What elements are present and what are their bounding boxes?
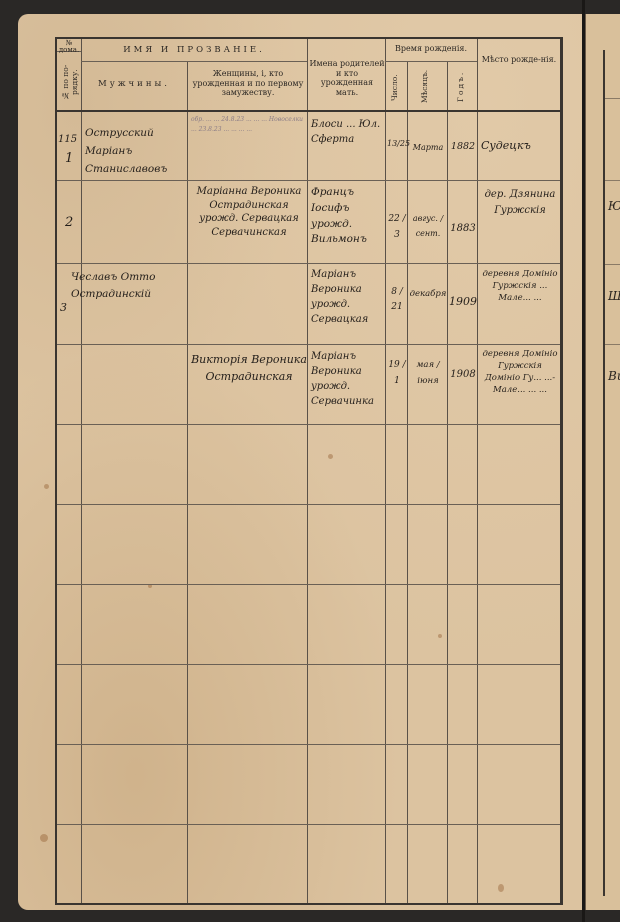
row-divider bbox=[57, 180, 560, 181]
birth-day: 22 / 3 bbox=[387, 211, 407, 243]
birth-year: 1882 bbox=[449, 141, 477, 153]
parents-names: Маріанъ Вероника урожд. Сервачинка bbox=[311, 349, 383, 409]
row-divider bbox=[57, 744, 560, 745]
header-seq-no: № по по-рядку. bbox=[61, 55, 77, 109]
next-page-text: Ю... bbox=[608, 199, 620, 213]
row-divider bbox=[57, 263, 560, 264]
next-page-text: Ш... bbox=[608, 289, 620, 303]
birth-place: деревня Домініо Гуржскія Домініо Гу... .… bbox=[481, 349, 559, 397]
next-page-divider bbox=[605, 344, 620, 345]
header-house-no: № дома. bbox=[57, 40, 81, 54]
col-divider bbox=[385, 39, 386, 903]
men-name: Чеславъ Отто Острадинскій bbox=[71, 269, 183, 303]
col-divider bbox=[477, 39, 478, 903]
header-day: Число. bbox=[390, 69, 402, 107]
next-page-edge: Ю... Ш... Ви... bbox=[584, 14, 620, 910]
next-page-divider bbox=[605, 180, 620, 181]
women-name: Викторія Вероника Острадинская bbox=[191, 351, 307, 385]
book-binding bbox=[582, 0, 585, 922]
birth-place: Судецкъ bbox=[481, 139, 559, 153]
row-divider bbox=[57, 824, 560, 825]
women-name: Маріанна Вероника Острадинская урожд. Се… bbox=[191, 185, 307, 239]
next-page-text: Ви... bbox=[608, 369, 620, 383]
next-page-divider bbox=[605, 264, 620, 265]
foxing-stain bbox=[44, 484, 49, 489]
header-subdivider bbox=[81, 61, 307, 62]
birth-year: 1883 bbox=[449, 223, 477, 236]
sequence-number: 1 bbox=[65, 151, 73, 167]
row-divider bbox=[57, 344, 560, 345]
row-divider bbox=[57, 584, 560, 585]
col-divider bbox=[447, 61, 448, 903]
next-page-divider bbox=[605, 98, 620, 99]
birth-day: 19 / 1 bbox=[387, 357, 407, 389]
header-men: Мужчины. bbox=[81, 79, 187, 89]
header-subdivider bbox=[385, 61, 477, 62]
row-divider bbox=[57, 664, 560, 665]
header-bottom-rule bbox=[57, 110, 560, 112]
sequence-number: 3 bbox=[60, 301, 67, 315]
register-table: № дома. № по по-рядку. ИМЯ И ПРОЗВАНІЕ. … bbox=[55, 37, 563, 905]
birth-year: 1908 bbox=[449, 369, 477, 382]
row-divider bbox=[57, 424, 560, 425]
header-birth-group: Время рожденія. bbox=[385, 44, 477, 54]
men-name: Острусский Маріанъ Станиславовъ bbox=[85, 125, 185, 179]
birth-place: дер. Дзянина Гуржскія bbox=[481, 187, 559, 219]
header-place: Мѣсто рожде-нія. bbox=[479, 55, 559, 65]
foxing-stain bbox=[40, 834, 48, 842]
birth-month: мая / іюня bbox=[409, 357, 447, 389]
header-month: Мѣсяцъ. bbox=[420, 67, 432, 105]
col-divider bbox=[307, 39, 308, 903]
birth-day: 8 / 21 bbox=[387, 285, 407, 316]
parents-names: Францъ Іосифъ урожд. Вильмонъ bbox=[311, 185, 383, 248]
birth-month: декабря bbox=[409, 289, 447, 300]
birth-month: Марта bbox=[409, 143, 447, 153]
parents-names: Маріанъ Вероника урожд. Сервацкая bbox=[311, 267, 383, 327]
row-divider bbox=[57, 504, 560, 505]
birth-year: 1909 bbox=[449, 295, 477, 309]
header-women: Женщины, і, кто урожденная и по первому … bbox=[189, 69, 307, 98]
col-divider bbox=[407, 61, 408, 903]
header-name-group: ИМЯ И ПРОЗВАНІЕ. bbox=[81, 45, 307, 55]
annotation-note: обр. ... ... 24.8.23 ... ... ... Новосел… bbox=[191, 115, 307, 134]
col-divider bbox=[81, 39, 82, 903]
parents-names: Блоси ... Юл. Сферта bbox=[311, 117, 383, 147]
next-page-frame bbox=[603, 50, 605, 896]
sequence-number: 2 bbox=[65, 215, 73, 231]
header-year: Годъ. bbox=[456, 67, 468, 105]
col-divider bbox=[187, 61, 188, 903]
birth-place: деревня Домініо Гуржскія ... Мале... ... bbox=[481, 269, 559, 305]
house-number: 115 bbox=[58, 134, 77, 147]
birth-day: 13/25 bbox=[387, 139, 407, 149]
birth-month: авгус. / сент. bbox=[409, 211, 447, 241]
header-parents: Имена родителей и кто урожденная мать. bbox=[309, 59, 385, 97]
